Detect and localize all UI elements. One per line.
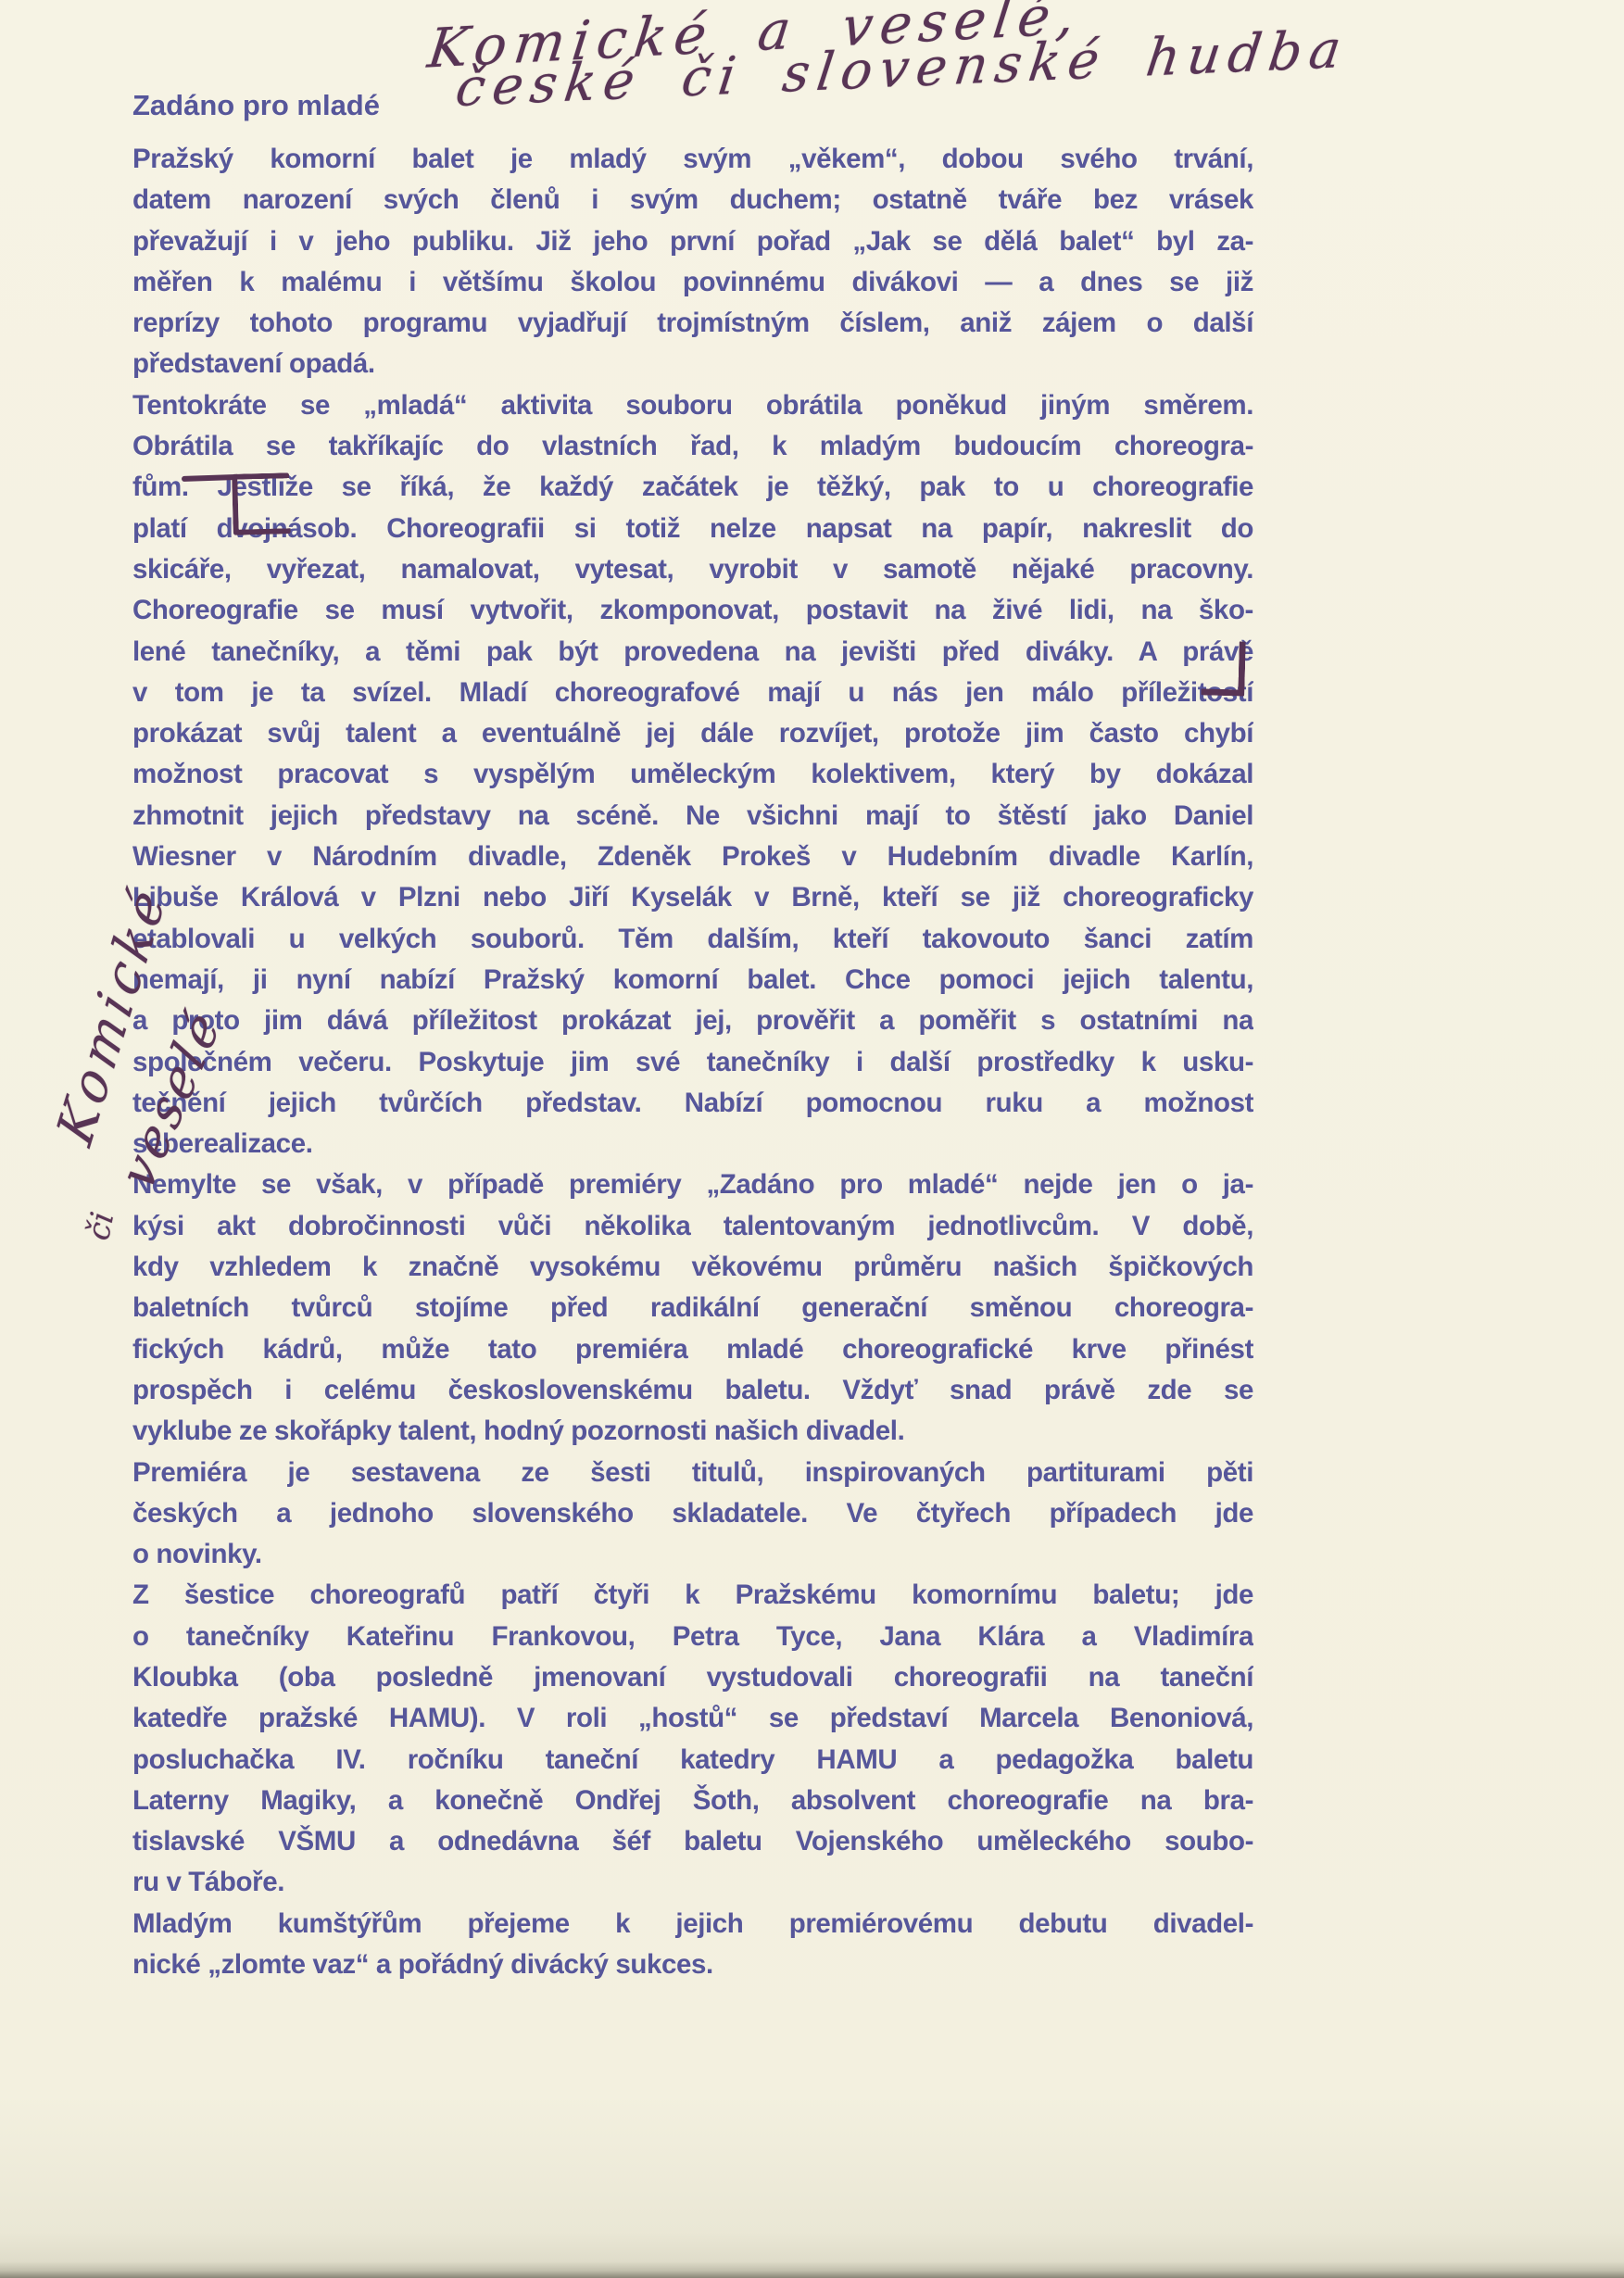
text-line: Mladým kumštýřům přejeme k jejich premié… [132,1904,1253,1944]
text-line: převažují i v jeho publiku. Již jeho prv… [132,221,1253,262]
page-title: Zadáno pro mladé [132,87,1253,124]
text-column: Zadáno pro mladé Pražský komorní balet j… [132,87,1253,1985]
text-line: Obrátila se takříkajíc do vlastních řad,… [132,426,1253,467]
text-line: Laterny Magiky, a konečně Ondřej Šoth, a… [132,1781,1253,1821]
text-line: zhmotnit jejich představy na scéně. Ne v… [132,796,1253,837]
text-line: možnost pracovat s vyspělým uměleckým ko… [132,754,1253,795]
text-line: Kloubka (oba posledně jmenovaní vystudov… [132,1657,1253,1698]
text-line: kýsi akt dobročinnosti vůči několika tal… [132,1206,1253,1247]
text-line: katedře pražské HAMU). V roli „hostů“ se… [132,1698,1253,1739]
text-line: Choreografie se musí vytvořit, zkomponov… [132,590,1253,631]
text-line: nemají, ji nyní nabízí Pražský komorní b… [132,960,1253,1001]
text-line: Nemylte se však, v případě premiéry „Zad… [132,1164,1253,1205]
text-line: etablovali u velkých souborů. Těm dalším… [132,919,1253,960]
text-line: fických kádrů, může tato premiéra mladé … [132,1329,1253,1370]
text-line: Pražský komorní balet je mladý svým „věk… [132,139,1253,180]
ink-bracket-close-mark [1201,640,1246,696]
text-line: českých a jednoho slovenského skladatele… [132,1493,1253,1534]
ink-bracket-open-mark [232,472,291,535]
scan-shadow [0,2261,1624,2278]
text-line: v tom je ta svízel. Mladí choreografové … [132,673,1253,713]
text-line: Z šestice choreografů patří čtyři k Praž… [132,1575,1253,1616]
text-line: o novinky. [132,1534,1253,1575]
text-line: ru v Táboře. [132,1862,1253,1903]
text-line: seberealizace. [132,1124,1253,1164]
text-line: představení opadá. [132,344,1253,384]
text-line: o tanečníky Kateřinu Frankovou, Petra Ty… [132,1617,1253,1657]
scanned-page: Komické a veselé, české či slovenské hud… [0,0,1624,2278]
text-line: lené tanečníky, a těmi pak být provedena… [132,632,1253,673]
text-line: Tentokráte se „mladá“ aktivita souboru o… [132,385,1253,426]
text-line: Premiéra je sestavena ze šesti titulů, i… [132,1453,1253,1493]
text-line: měřen k malému i většímu školou povinném… [132,262,1253,303]
text-line: tečnění jejich tvůrčích představ. Nabízí… [132,1083,1253,1124]
text-line: prospěch i celému československému balet… [132,1370,1253,1411]
text-line: tislavské VŠMU a odnedávna šéf baletu Vo… [132,1821,1253,1862]
text-line: společném večeru. Poskytuje jim své tane… [132,1042,1253,1083]
text-line: skicáře, vyřezat, namalovat, vytesat, vy… [132,549,1253,590]
text-line: platí dvojnásob. Choreografii si totiž n… [132,509,1253,549]
margin-scribble-word: či [80,1209,121,1244]
text-line: datem narození svých členů i svým duchem… [132,180,1253,220]
text-line: Wiesner v Národním divadle, Zdeněk Proke… [132,837,1253,877]
text-line: vyklube ze skořápky talent, hodný pozorn… [132,1411,1253,1452]
text-line: fům. Jestliže se říká, že každý začátek … [132,467,1253,508]
text-line: baletních tvůrců stojíme před radikální … [132,1288,1253,1328]
text-line: nické „zlomte vaz“ a pořádný divácký suk… [132,1944,1253,1985]
text-line: kdy vzhledem k značně vysokému věkovému … [132,1247,1253,1288]
text-line: a proto jim dává příležitost prokázat je… [132,1001,1253,1041]
text-line: posluchačka IV. ročníku taneční katedry … [132,1740,1253,1781]
text-line: prokázat svůj talent a eventuálně jej dá… [132,713,1253,754]
body-text: Pražský komorní balet je mladý svým „věk… [132,139,1253,1985]
text-line: reprízy tohoto programu vyjadřují trojmí… [132,303,1253,344]
text-line: Libuše Králová v Plzni nebo Jiří Kyselák… [132,877,1253,918]
